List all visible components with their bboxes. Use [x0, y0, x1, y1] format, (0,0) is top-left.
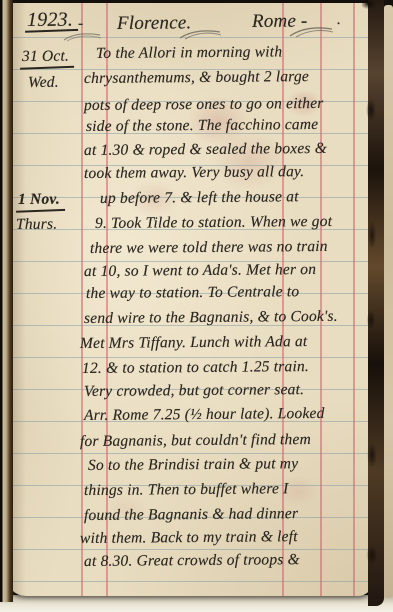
diary-photo: 1923. - Florence. Rome - . 31 Oct. Wed. … [0, 0, 393, 612]
next-page-edge [384, 5, 393, 598]
diary-line: chrysanthemums, & bought 2 large [84, 67, 309, 89]
diary-line: pots of deep rose ones to go on either [84, 94, 324, 116]
diary-line: So to the Brindisi train & put my [88, 454, 298, 476]
diary-line: up before 7. & left the house at [100, 187, 299, 209]
diary-line: side of the stone. The facchino came [86, 115, 319, 137]
notebook-page: 1923. - Florence. Rome - . 31 Oct. Wed. … [6, 3, 373, 596]
entry-day: Thurs. [16, 215, 57, 235]
red-margin-line [353, 3, 355, 596]
diary-line: 12. & to station to catch 1.25 train. [82, 357, 309, 379]
entry-date: 31 Oct. [22, 47, 69, 67]
entry-date: 1 Nov. [18, 190, 60, 210]
pencil-flourish-icon [178, 28, 222, 40]
header-dot: . [337, 10, 341, 30]
diary-line: Arr. Rome 7.25 (½ hour late). Looked [84, 404, 325, 426]
diary-line: found the Bagnanis & had dinner [84, 504, 298, 526]
diary-line: things in. Then to buffet where I [84, 479, 289, 501]
diary-line: Met Mrs Tiffany. Lunch with Ada at [80, 332, 308, 354]
diary-line: at 10, so I went to Ada's. Met her on [84, 260, 316, 282]
pencil-flourish-icon [62, 31, 102, 42]
year-heading: 1923. [27, 10, 73, 30]
table-surface [0, 595, 393, 612]
diary-line: at 1.30 & roped & sealed the boxes & [84, 139, 327, 161]
diary-line: took them away. Very busy all day. [84, 162, 304, 184]
diary-line: 9. Took Tilde to station. When we got [95, 212, 332, 234]
diary-line: the way to station. To Centrale to [86, 282, 300, 304]
book-binding [0, 0, 13, 602]
diary-line: at 8.30. Great crowds of troops & [84, 550, 300, 572]
red-margin-line [320, 3, 322, 596]
diary-line: for Bagnanis, but couldn't find them [80, 430, 311, 452]
entry-day: Wed. [28, 73, 59, 93]
diary-line: with them. Back to my train & left [80, 527, 298, 549]
diary-line: send wire to the Bagnanis, & to Cook's. [84, 307, 338, 329]
red-margin-line [81, 3, 83, 596]
worn-page-edge-blobs [362, 0, 378, 612]
pencil-flourish-icon [288, 25, 334, 38]
diary-line: Very crowded, but got corner seat. [84, 380, 304, 402]
diary-line: there we were told there was no train [90, 237, 328, 259]
diary-line: To the Allori in morning with [96, 42, 282, 64]
